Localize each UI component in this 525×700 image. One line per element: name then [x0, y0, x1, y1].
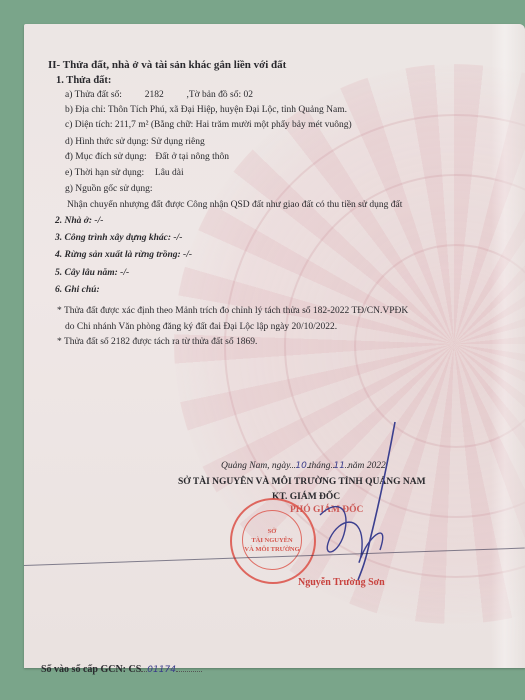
- place-date-prefix: Quảng Nam, ngày: [221, 461, 290, 471]
- usage-form: Sử dụng riêng: [151, 137, 205, 147]
- note-item: do Chi nhánh Văn phòng đăng ký đất đai Đ…: [65, 321, 337, 333]
- usage-form-row: d) Hình thức sử dụng: Sử dụng riêng: [65, 136, 205, 148]
- purpose-label: đ) Mục đích sử dụng:: [65, 152, 147, 162]
- notes-heading: 6. Ghi chú:: [55, 284, 100, 296]
- section-title: II- Thửa đất, nhà ở và tài sản khác gắn …: [48, 59, 286, 71]
- term-label: e) Thời hạn sử dụng:: [65, 168, 144, 178]
- purpose: Đất ở tại nông thôn: [155, 152, 229, 162]
- note-item: * Thửa đất được xác định theo Mảnh trích…: [57, 305, 408, 317]
- plot-number-row: a) Thửa đất số: 2182 ,Tờ bản đồ số: 02: [65, 89, 253, 101]
- signature: [300, 420, 420, 590]
- term-row: e) Thời hạn sử dụng: Lâu dài: [65, 167, 184, 179]
- origin-label: g) Nguồn gốc sử dụng:: [65, 183, 152, 195]
- map-sheet: 02: [243, 90, 253, 100]
- production-forest: 4. Rừng sản xuất là rừng trồng: -/-: [55, 249, 192, 261]
- plot-number-label: a) Thửa đất số:: [65, 90, 122, 100]
- other-construction: 3. Công trình xây dựng khác: -/-: [55, 232, 182, 244]
- perennial-trees: 5. Cây lâu năm: -/-: [55, 267, 129, 279]
- land-plot-heading: 1. Thửa đất:: [56, 75, 111, 87]
- plot-number: 2182: [145, 90, 164, 100]
- seal-line: SỞ: [268, 527, 277, 536]
- usage-form-label: d) Hình thức sử dụng:: [65, 137, 149, 147]
- purpose-row: đ) Mục đích sử dụng: Đất ở tại nông thôn: [65, 151, 229, 163]
- seal-line: VÀ MÔI TRƯỜNG: [244, 545, 299, 554]
- note-item: * Thửa đất số 2182 được tách ra từ thửa …: [57, 336, 257, 348]
- house: 2. Nhà ở: -/-: [55, 215, 103, 227]
- seal-line: TÀI NGUYÊN: [251, 536, 292, 545]
- document-content: II- Thửa đất, nhà ở và tài sản khác gắn …: [0, 0, 525, 700]
- registry-number-handwritten: 01174: [147, 665, 176, 675]
- origin: Nhận chuyển nhượng đất được Công nhận QS…: [67, 199, 402, 211]
- map-sheet-label: ,Tờ bản đồ số:: [186, 90, 241, 100]
- area: c) Diện tích: 211,7 m² (Bằng chữ: Hai tr…: [65, 119, 352, 131]
- address: b) Địa chỉ: Thôn Tích Phú, xã Đại Hiệp, …: [65, 104, 347, 116]
- registry-number: Số vào sổ cấp GCN: CS01174: [41, 664, 202, 676]
- signer-name: Nguyễn Trường Sơn: [298, 577, 385, 589]
- term: Lâu dài: [155, 168, 184, 178]
- registry-label: Số vào sổ cấp GCN: CS: [41, 664, 141, 675]
